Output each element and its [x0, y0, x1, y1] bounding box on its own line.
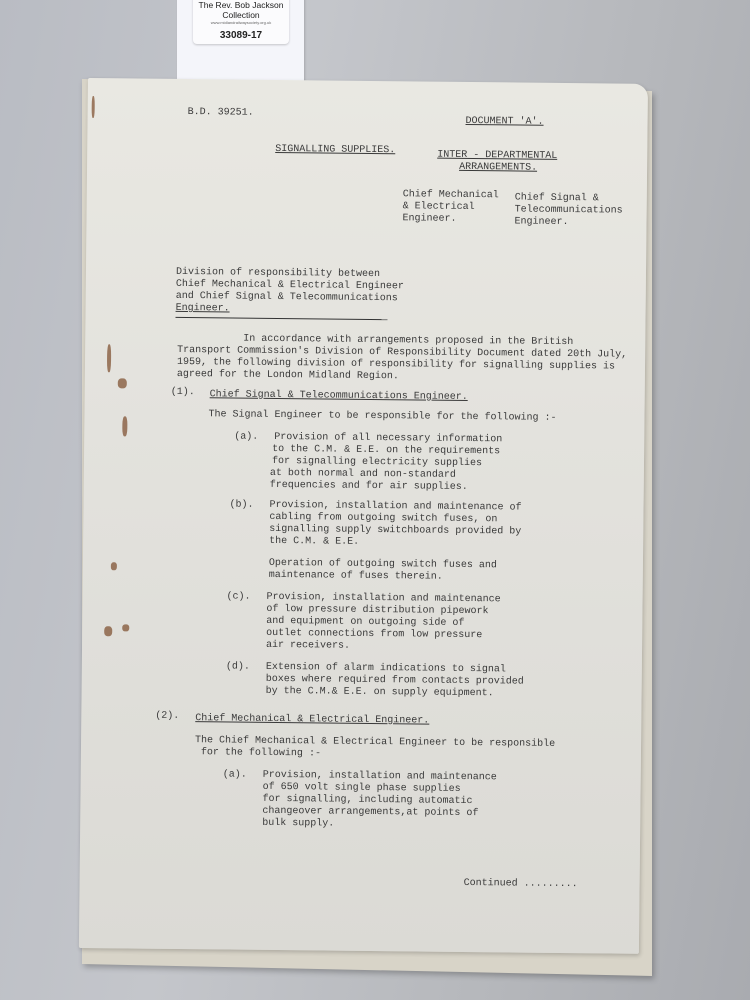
arrangement-line1: INTER - DEPARTMENTAL [437, 150, 557, 163]
rust-stain [122, 624, 129, 631]
rust-stain [111, 562, 117, 570]
collection-word: Collection [193, 10, 289, 20]
section-lead: for the following :- [195, 747, 321, 760]
rust-stain [122, 416, 127, 436]
intro-paragraph: In accordance with arrangements proposed… [88, 78, 648, 84]
section-title: Chief Signal & Telecommunications Engine… [210, 389, 468, 404]
archive-sticker: The Rev. Bob Jackson Collection www.midl… [193, 0, 289, 44]
rust-stain [107, 344, 111, 372]
collection-name: The Rev. Bob Jackson [193, 0, 289, 10]
section-2: (2). Chief Mechanical & Electrical Engin… [88, 78, 648, 84]
party-cste: Chief Signal & Telecommunications Engine… [88, 78, 648, 84]
heading-underline [175, 317, 387, 320]
rust-stain [92, 96, 95, 118]
party-cme: Chief Mechanical & Electrical Engineer. [88, 78, 648, 84]
rust-stain [118, 378, 127, 388]
section-number: (2). [155, 711, 179, 723]
section-title: Chief Mechanical & Electrical Engineer. [195, 713, 429, 727]
archive-reference: 33089-17 [193, 30, 289, 41]
arrangement-line2: ARRANGEMENTS. [459, 162, 537, 175]
item-2a: (a). Provision, installation and mainten… [88, 78, 648, 84]
item-1c: (c). Provision, installation and mainten… [88, 78, 648, 84]
document-page: B.D. 39251. DOCUMENT 'A'. SIGNALLING SUP… [79, 78, 648, 954]
section-number: (1). [171, 387, 195, 399]
item-1b: (b). Provision, installation and mainten… [88, 78, 648, 84]
section-lead: The Signal Engineer to be responsible fo… [208, 409, 556, 425]
continued-footer: Continued ......... [464, 878, 578, 891]
section-1: (1). Chief Signal & Telecommunications E… [88, 78, 648, 84]
subject-title: SIGNALLING SUPPLIES. [275, 144, 395, 157]
item-1a: (a). Provision of all necessary informat… [88, 78, 648, 84]
item-1d: (d). Extension of alarm indications to s… [88, 78, 648, 84]
document-id: DOCUMENT 'A'. [465, 116, 543, 129]
document-ref: B.D. 39251. [188, 107, 254, 120]
rust-stain [104, 626, 112, 636]
division-heading: Division of responsibility between Chief… [88, 78, 648, 84]
collection-url: www.midlandrailwaysociety.org.uk [193, 20, 289, 26]
